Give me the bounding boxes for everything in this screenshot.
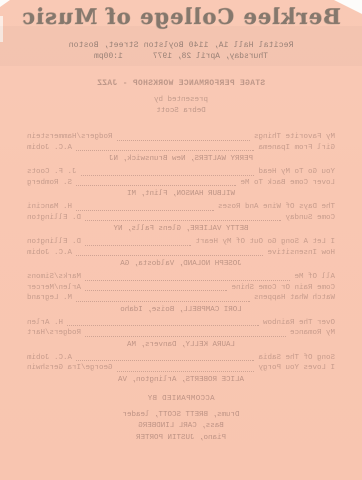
song-title: I Let A Song Go Out Of My Heart — [195, 237, 335, 248]
program-song-row: I Loves You PorgyGeorge/Ira Gershwin — [27, 363, 335, 374]
performer-line: JOSEPH NOLAND, Valdosta, GA — [27, 258, 335, 272]
accompanists-block: ACCOMPANIED BY Drums, BRETT SCOTT, leade… — [0, 394, 362, 444]
program-song-row: Girl From IpanemaA.C. Jobim — [27, 143, 335, 154]
composer-name: D. Ellington — [27, 237, 81, 248]
composer-name: George/Ira Gershwin — [27, 363, 113, 374]
program-song-row: Come Rain Or Come ShineArlen/Mercer — [27, 283, 335, 294]
musician-line: Bass, CARL LINDBERG — [0, 421, 362, 432]
composer-name: Marks/Simons — [27, 272, 81, 283]
song-title: Girl From Ipanema — [258, 143, 335, 154]
composer-name: M. Legrand — [27, 293, 72, 304]
dot-leader — [76, 149, 254, 151]
program-song-row: I Let A Song Go Out Of My HeartD. Elling… — [27, 237, 335, 248]
composer-name: D. Ellington — [27, 213, 81, 224]
composer-name: S. Romberg — [27, 178, 72, 189]
program-list: My Favorite ThingsRodgers/HammersteinGir… — [27, 132, 335, 388]
dot-leader — [76, 184, 236, 186]
dot-leader — [85, 279, 290, 281]
composer-name: Rodgers/Hammerstein — [27, 132, 113, 143]
musician-list: Drums, BRETT SCOTT, leaderBass, CARL LIN… — [0, 410, 362, 444]
performer-line: LORI CAMPBELL, Boise, Idaho — [27, 304, 335, 318]
dot-leader — [117, 139, 250, 141]
venue-address: Recital Hall 1A, 1140 Boylston Street, B… — [0, 41, 362, 50]
song-title: My Favorite Things — [254, 132, 335, 143]
concert-time: 1:00pm — [94, 52, 123, 61]
song-title: You Go To My Head — [258, 167, 335, 178]
composer-name: Rodgers/Hart — [27, 328, 81, 339]
song-title: Come Rain Or Come Shine — [231, 283, 335, 294]
performer-line: WILBUR HANSON, Flint, MI — [27, 188, 335, 202]
dot-leader — [85, 244, 191, 246]
performer-line: ALICE ROBERTS, Arlington, VA — [27, 374, 335, 388]
dot-leader — [81, 174, 255, 176]
composer-name: J. F. Coots — [27, 167, 77, 178]
dot-leader — [76, 254, 263, 256]
song-title: Song Of The Sabia — [258, 353, 335, 364]
dot-leader — [85, 289, 227, 291]
song-title: The Days Of Wine And Roses — [218, 202, 335, 213]
dot-leader — [85, 335, 286, 337]
program-song-row: All Of MeMarks/Simons — [27, 272, 335, 283]
composer-name: A.C. Jobim — [27, 143, 72, 154]
program-song-row: You Go To My HeadJ. F. Coots — [27, 167, 335, 178]
musician-line: Drums, BRETT SCOTT, leader — [0, 410, 362, 421]
college-title: Berklee College of Music — [0, 4, 362, 29]
program-song-row: Lover Come Back To MeS. Romberg — [27, 178, 335, 189]
composer-name: A.C. Jobim — [27, 248, 72, 259]
mirrored-content: Berklee College of Music Recital Hall 1A… — [0, 0, 362, 480]
song-title: I Loves You Porgy — [258, 363, 335, 374]
performer-line: LAURA KELLY, Danvers, MA — [27, 339, 335, 353]
dot-leader — [67, 324, 259, 326]
program-song-row: Come SundayD. Ellington — [27, 213, 335, 224]
presented-by-label: presented by — [0, 96, 362, 104]
musician-line: Piano, JUSTIN PORTER — [0, 433, 362, 444]
dot-leader — [85, 219, 281, 221]
song-title: All Of Me — [294, 272, 335, 283]
date-time-line: Thursday, April 28, 19771:00pm — [0, 52, 362, 61]
program-song-row: My Favorite ThingsRodgers/Hammerstein — [27, 132, 335, 143]
song-title: My Romance — [290, 328, 335, 339]
scanned-program-page: Berklee College of Music Recital Hall 1A… — [0, 0, 362, 480]
accompanied-by-heading: ACCOMPANIED BY — [0, 394, 362, 404]
dot-leader — [76, 300, 250, 302]
dot-leader — [76, 209, 214, 211]
dot-leader — [117, 370, 255, 372]
performer-line: PERRY WALTERS, New Brunswick, NJ — [27, 153, 335, 167]
dot-leader — [76, 359, 254, 361]
program-song-row: The Days Of Wine And RosesH. Mancini — [27, 202, 335, 213]
program-song-row: Over The RainbowH. Arlen — [27, 318, 335, 329]
song-title: Come Sunday — [285, 213, 335, 224]
workshop-title: STAGE PERFORMANCE WORKSHOP - JAZZ — [0, 79, 362, 88]
song-title: Watch What Happens — [254, 293, 335, 304]
program-song-row: My RomanceRodgers/Hart — [27, 328, 335, 339]
song-title: How Insensitive — [267, 248, 335, 259]
composer-name: H. Mancini — [27, 202, 72, 213]
performer-line: BETTY VALIERE, Glens Falls, NY — [27, 223, 335, 237]
song-title: Lover Come Back To Me — [240, 178, 335, 189]
composer-name: Arlen/Mercer — [27, 283, 81, 294]
program-song-row: Song Of The SabiaA.C. Jobim — [27, 353, 335, 364]
song-title: Over The Rainbow — [263, 318, 335, 329]
composer-name: H. Arlen — [27, 318, 63, 329]
composer-name: A.C. Jobim — [27, 353, 72, 364]
program-song-row: How InsensitiveA.C. Jobim — [27, 248, 335, 259]
program-song-row: Watch What HappensM. Legrand — [27, 293, 335, 304]
concert-date: Thursday, April 28, 1977 — [153, 52, 268, 61]
presenter-name: Debra Scott — [0, 107, 362, 115]
